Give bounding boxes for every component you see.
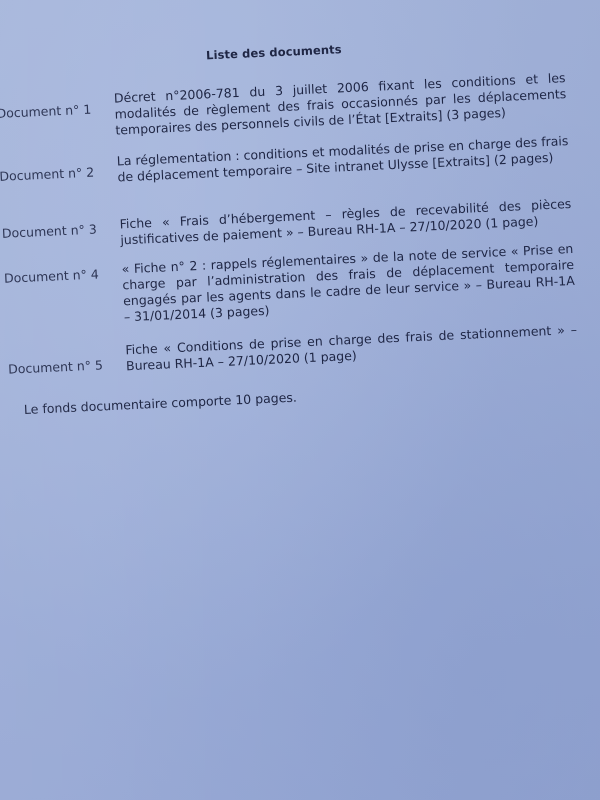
footer-note: Le fonds documentaire comporte 10 pages.: [24, 390, 298, 417]
document-list-item-2: Document n° 2 La réglementation : condit…: [0, 132, 598, 159]
page-title: Liste des documents: [206, 42, 342, 62]
document-number: Document n° 5: [8, 357, 103, 376]
document-number: Document n° 4: [4, 266, 99, 285]
document-number: Document n° 1: [0, 102, 92, 121]
document-description: Décret n°2006-781 du 3 juillet 2006 fixa…: [114, 70, 568, 138]
document-description: La réglementation : conditions et modali…: [116, 133, 569, 185]
document-number: Document n° 3: [2, 222, 97, 241]
document-list-item-1: Document n° 1 Décret n°2006-781 du 3 jui…: [0, 69, 595, 96]
document-number: Document n° 2: [0, 165, 94, 184]
document-list-item-3: Document n° 3 Fiche « Frais d’hébergemen…: [1, 195, 600, 222]
document-page: Liste des documents Document n° 1 Décret…: [0, 0, 600, 800]
document-list-item-5: Document n° 5 Fiche « Conditions de pris…: [7, 320, 600, 347]
document-description: Fiche « Conditions de prise en charge de…: [125, 322, 578, 374]
document-content: Liste des documents Document n° 1 Décret…: [0, 29, 600, 58]
document-description: « Fiche n° 2 : rappels réglementaires » …: [121, 241, 575, 325]
document-list-item-4: Document n° 4 « Fiche n° 2 : rappels rég…: [3, 240, 600, 267]
document-description: Fiche « Frais d’hébergement – règles de …: [119, 196, 572, 248]
